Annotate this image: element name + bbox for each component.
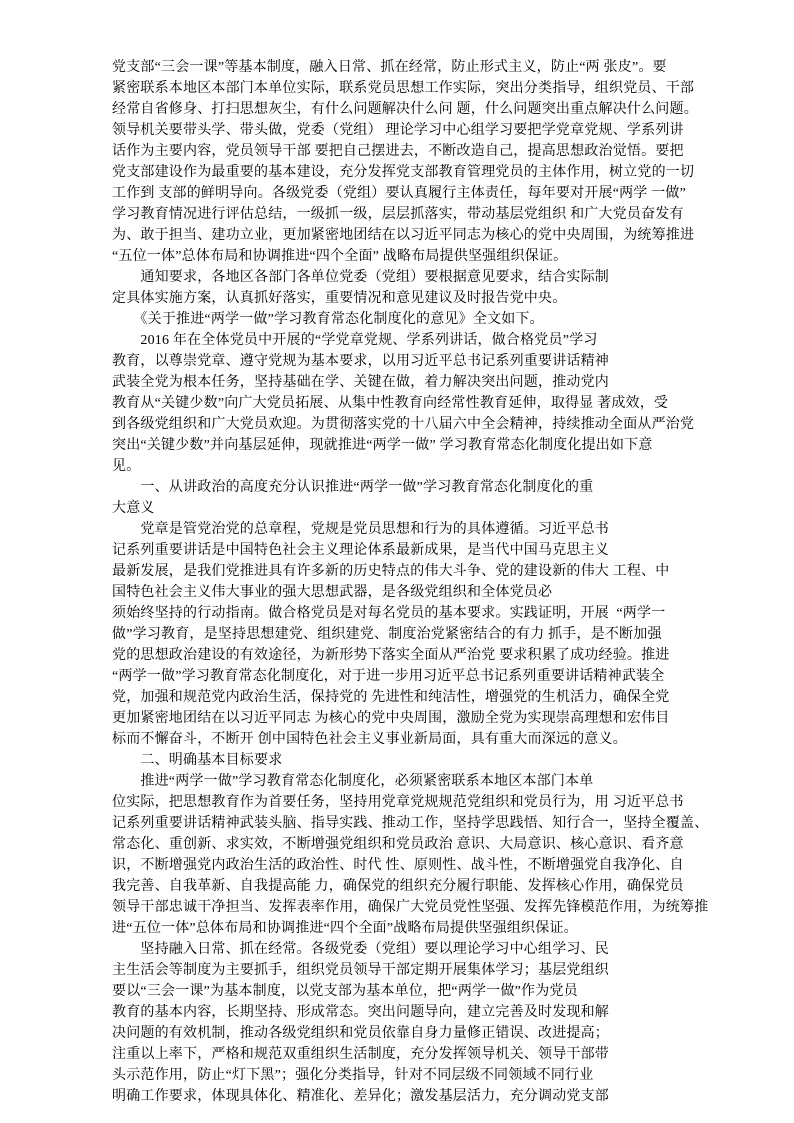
text-line: 记系列重要讲话是中国特色社会主义理论体系最新成果，是当代中国马克思主义: [112, 540, 712, 561]
text-line: 注重以上率下，严格和规范双重组织生活制度，充分发挥领导机关、领导干部带: [112, 1044, 712, 1065]
text-line: 教育的基本内容，长期坚持、形成常态。突出问题导向，建立完善及时发现和解: [112, 1002, 712, 1023]
text-line: 二、明确基本目标要求: [112, 750, 712, 771]
text-line: 做”学习教育，是坚持思想建党、组织建党、制度治党紧密结合的有力 抓手，是不断加强: [112, 624, 712, 645]
text-line: “五位一体”总体布局和协调推进“四个全面” 战略布局提供坚强组织保证。: [112, 246, 712, 267]
text-line: 党支部建设作为最重要的基本建设，充分发挥党支部教育管理党员的主体作用，树立党的一…: [112, 162, 712, 183]
text-line: 标而不懈奋斗，不断开 创中国特色社会主义事业新局面，具有重大而深远的意义。: [112, 729, 712, 750]
text-line: 党章是管党治党的总章程，党规是党员思想和行为的具体遵循。习近平总书: [112, 519, 712, 540]
text-line: 武装全党为根本任务，坚持基础在学、关键在做，着力解决突出问题，推动党内: [112, 372, 712, 393]
text-line: 紧密联系本地区本部门本单位实际，联系党员思想工作实际，突出分类指导，组织党员、干…: [112, 78, 712, 99]
text-line: 要以“三会一课”为基本制度，以党支部为基本单位，把“两学一做”作为党员: [112, 981, 712, 1002]
text-line: 话作为主要内容，党员领导干部 要把自己摆进去，不断改造自己，提高思想政治觉悟。要…: [112, 141, 712, 162]
text-line: 教育从“关键少数”向广大党员拓展、从集中性教育向经常性教育延伸，取得显 著成效，…: [112, 393, 712, 414]
text-line: 定具体实施方案，认真抓好落实，重要情况和意见建议及时报告党中央。: [112, 288, 712, 309]
text-line: 头示范作用，防止“灯下黑”；强化分类指导，针对不同层级不同领域不同行业: [112, 1065, 712, 1086]
text-line: 工作到 支部的鲜明导向。各级党委（党组）要认真履行主体责任，每年要对开展“两学 …: [112, 183, 712, 204]
text-line: 2016 年在全体党员中开展的“学党章党规、学系列讲话，做合格党员”学习: [112, 330, 712, 351]
text-line: 学习教育情况进行评估总结，一级抓一级，层层抓落实，带动基层党组织 和广大党员奋发…: [112, 204, 712, 225]
text-line: 党，加强和规范党内政治生活，保持党的 先进性和纯洁性，增强党的生机活力，确保全党: [112, 687, 712, 708]
document-text-block: 党支部“三会一课”等基本制度，融入日常、抓在经常，防止形式主义，防止“两 张皮”…: [112, 57, 712, 1107]
document-page: 党支部“三会一课”等基本制度，融入日常、抓在经常，防止形式主义，防止“两 张皮”…: [0, 0, 794, 1123]
text-line: 最新发展，是我们党推进具有许多新的历史特点的伟大斗争、党的建设新的伟大 工程、中: [112, 561, 712, 582]
text-line: 见。: [112, 456, 712, 477]
text-line: 须始终坚持的行动指南。做合格党员是对每名党员的基本要求。实践证明，开展 “两学一: [112, 603, 712, 624]
text-line: 常态化、重创新、求实效，不断增强党组织和党员政治 意识、大局意识、核心意识、看齐…: [112, 834, 712, 855]
text-line: 我完善、自我革新、自我提高能 力，确保党的组织充分履行职能、发挥核心作用，确保党…: [112, 876, 712, 897]
text-line: 推进“两学一做”学习教育常态化制度化，必须紧密联系本地区本部门本单: [112, 771, 712, 792]
text-line: 决问题的有效机制，推动各级党组织和党员依靠自身力量修正错误、改进提高；: [112, 1023, 712, 1044]
text-line: 明确工作要求，体现具体化、精准化、差异化；激发基层活力，充分调动党支部: [112, 1086, 712, 1107]
text-line: 识，不断增强党内政治生活的政治性、时代 性、原则性、战斗性，不断增强党自我净化、…: [112, 855, 712, 876]
text-line: 到各级党组织和广大党员欢迎。为贯彻落实党的十八届六中全会精神，持续推动全面从严治…: [112, 414, 712, 435]
text-line: 一、从讲政治的高度充分认识推进“两学一做”学习教育常态化制度化的重: [112, 477, 712, 498]
text-line: 突出“关键少数”并向基层延伸，现就推进“两学一做” 学习教育常态化制度化提出如下…: [112, 435, 712, 456]
text-line: 教育，以尊崇党章、遵守党规为基本要求，以用习近平总书记系列重要讲话精神: [112, 351, 712, 372]
text-line: 领导机关要带头学、带头做，党委（党组） 理论学习中心组学习要把学党章党规、学系列…: [112, 120, 712, 141]
text-line: 通知要求，各地区各部门各单位党委（党组）要根据意见要求，结合实际制: [112, 267, 712, 288]
text-line: 更加紧密地团结在以习近平同志 为核心的党中央周围，激励全党为实现崇高理想和宏伟目: [112, 708, 712, 729]
text-line: 位实际，把思想教育作为首要任务，坚持用党章党规规范党组织和党员行为，用 习近平总…: [112, 792, 712, 813]
text-line: 国特色社会主义伟大事业的强大思想武器，是各级党组织和全体党员必: [112, 582, 712, 603]
text-line: 主生活会等制度为主要抓手，组织党员领导干部定期开展集体学习；基层党组织: [112, 960, 712, 981]
text-line: 党支部“三会一课”等基本制度，融入日常、抓在经常，防止形式主义，防止“两 张皮”…: [112, 57, 712, 78]
text-line: 《关于推进“两学一做”学习教育常态化制度化的意见》全文如下。: [112, 309, 712, 330]
text-line: 党的思想政治建设的有效途径，为新形势下落实全面从严治党 要求积累了成功经验。推进: [112, 645, 712, 666]
text-line: 为、敢于担当、建功立业，更加紧密地团结在以习近平同志为核心的党中央周围，为统筹推…: [112, 225, 712, 246]
text-line: 领导干部忠诚干净担当、发挥表率作用，确保广大党员党性坚强、发挥先锋模范作用，为统…: [112, 897, 712, 918]
text-line: 进“五位一体”总体布局和协调推进“四个全面”战略布局提供坚强组织保证。: [112, 918, 712, 939]
text-line: 经常自省修身、打扫思想灰尘，有什么问题解决什么问 题，什么问题突出重点解决什么问…: [112, 99, 712, 120]
text-line: 大意义: [112, 498, 712, 519]
text-line: “两学一做”学习教育常态化制度化，对于进一步用习近平总书记系列重要讲话精神武装全: [112, 666, 712, 687]
text-line: 记系列重要讲话精神武装头脑、指导实践、推动工作，坚持学思践悟、知行合一，坚持全覆…: [112, 813, 712, 834]
text-line: 坚持融入日常、抓在经常。各级党委（党组）要以理论学习中心组学习、民: [112, 939, 712, 960]
